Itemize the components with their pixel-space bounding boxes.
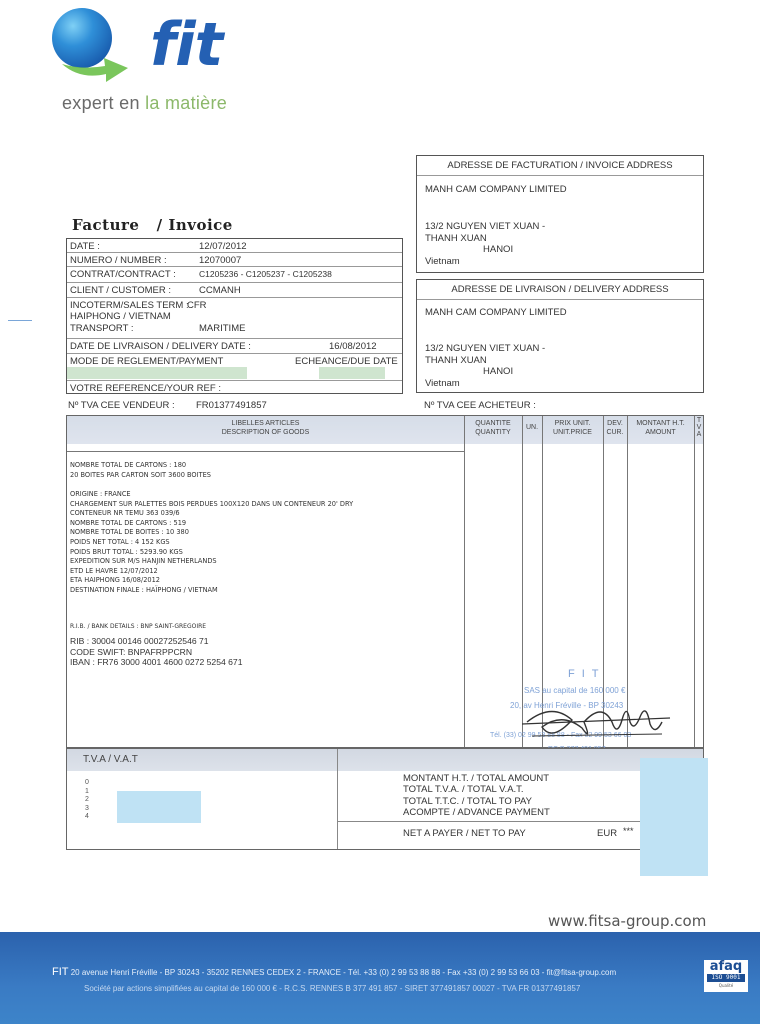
website-link[interactable]: www.fitsa-group.com xyxy=(548,912,706,930)
buyer-vat: Nº TVA CEE ACHETEUR : xyxy=(424,400,536,411)
totals-values-redacted xyxy=(640,758,708,876)
col-header-description: LIBELLES ARTICLESDESCRIPTION OF GOODS xyxy=(67,419,464,437)
info-row-payment: MODE DE REGLEMENT/PAYMENT ECHEANCE/DUE D… xyxy=(67,354,402,381)
iso-certification-logo: afaq ISO 9001 Qualité xyxy=(704,960,748,992)
logo-arrow-icon xyxy=(60,58,130,84)
company-stamp: F I T SAS au capital de 160 000 € 20, av… xyxy=(480,668,700,758)
info-row-customer: CLIENT / CUSTOMER : CCMANH xyxy=(67,283,402,298)
vat-rates: 01234 xyxy=(85,779,89,822)
info-row-number: NUMERO / NUMBER : 12070007 xyxy=(67,253,402,267)
col-header-unit: UN. xyxy=(522,423,542,432)
net-to-pay-label: NET A PAYER / NET TO PAY xyxy=(403,828,526,839)
vat-totals-box: T.V.A / V.A.T 01234 MONTANT H.T. / TOTAL… xyxy=(66,748,704,850)
signature-icon xyxy=(522,692,672,752)
delivery-address-box: ADRESSE DE LIVRAISON / DELIVERY ADDRESS … xyxy=(416,279,704,393)
col-header-quantity: QUANTITEQUANTITY xyxy=(464,419,522,437)
seller-vat: Nº TVA CEE VENDEUR : FR01377491857 xyxy=(68,400,175,411)
totals-labels: MONTANT H.T. / TOTAL AMOUNTTOTAL T.V.A. … xyxy=(403,773,550,819)
info-row-date: DATE : 12/07/2012 xyxy=(67,239,402,253)
bank-details-label: R.I.B. / BANK DETAILS : BNP SAINT-GREGOI… xyxy=(70,623,206,630)
logo-wordmark: fit xyxy=(150,10,222,80)
margin-mark xyxy=(8,320,32,321)
goods-description-block1: NOMBRE TOTAL DE CARTONS : 180 20 BOITES … xyxy=(70,461,211,480)
footer-address: FIT 20 avenue Henri Fréville - BP 30243 … xyxy=(52,966,616,978)
goods-description-block2: ORIGINE : FRANCE CHARGEMENT SUR PALETTES… xyxy=(70,490,353,596)
col-header-amount: MONTANT H.T.AMOUNT xyxy=(627,419,694,437)
footer-band: FIT 20 avenue Henri Fréville - BP 30243 … xyxy=(0,932,760,1024)
vat-values-redacted xyxy=(117,791,201,823)
delivery-address-header: ADRESSE DE LIVRAISON / DELIVERY ADDRESS xyxy=(417,284,703,300)
col-header-currency: DEV.CUR. xyxy=(603,419,627,437)
payment-mode-redacted xyxy=(67,367,247,379)
info-row-delivery-date: DATE DE LIVRAISON / DELIVERY DATE : 16/0… xyxy=(67,339,402,354)
bank-details: RIB : 30004 00146 00027252546 71 CODE SW… xyxy=(70,636,243,668)
invoice-address-header: ADRESSE DE FACTURATION / INVOICE ADDRESS xyxy=(417,160,703,176)
vat-header: T.V.A / V.A.T xyxy=(83,754,138,765)
due-date-redacted xyxy=(319,367,385,379)
col-header-vat: TVA xyxy=(694,417,704,438)
currency-label: EUR xyxy=(597,828,617,839)
info-row-contract: CONTRAT/CONTRACT : C1205236 - C1205237 -… xyxy=(67,267,402,283)
footer-legal: Société par actions simplifiées au capit… xyxy=(84,984,580,993)
info-row-your-ref: VOTRE REFERENCE/YOUR REF : xyxy=(67,381,402,394)
invoice-info-box: DATE : 12/07/2012 NUMERO / NUMBER : 1207… xyxy=(66,238,403,394)
col-header-unit-price: PRIX UNIT.UNIT.PRICE xyxy=(542,419,603,437)
logo-tagline: expert en la matière xyxy=(62,93,227,114)
invoice-title: Facture / Invoice xyxy=(72,216,233,234)
invoice-address-box: ADRESSE DE FACTURATION / INVOICE ADDRESS… xyxy=(416,155,704,273)
info-row-incoterm: INCOTERM/SALES TERM : CFR HAIPHONG / VIE… xyxy=(67,298,402,339)
net-to-pay-value: *** xyxy=(623,826,634,836)
